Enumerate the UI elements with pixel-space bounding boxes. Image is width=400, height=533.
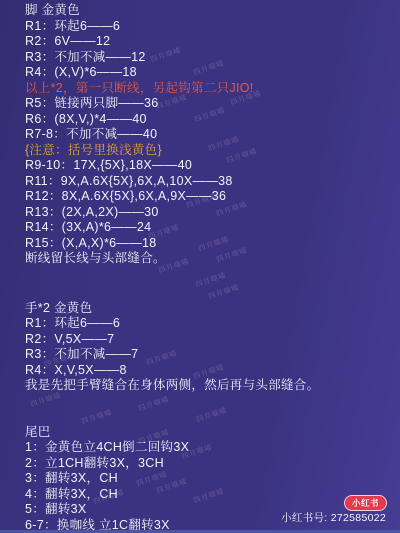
- xiaohongshu-badge: 小红书: [344, 495, 387, 511]
- pattern-line: R7-8：不加不减——40: [25, 127, 392, 143]
- pattern-line: R2：V,5X——7: [25, 332, 392, 348]
- pattern-line: 1：金黄色立4CH倒二回钩3X: [25, 440, 392, 456]
- pattern-line: 3：翻转3X，CH: [25, 471, 392, 487]
- pattern-line: 手*2 金黄色: [25, 301, 392, 317]
- pattern-line: R6：(8X,V,)*4——40: [25, 112, 392, 128]
- pattern-line: 4：翻转3X，CH: [25, 487, 392, 503]
- pattern-line: R1：环起6——6: [25, 316, 392, 332]
- pattern-line: R14：(3X,A)*6——24: [25, 220, 392, 236]
- pattern-line: R13：(2X,A,2X)——30: [25, 205, 392, 221]
- pattern-line: 我是先把手臂缝合在身体两侧，然后再与头部缝合。: [25, 378, 392, 394]
- pattern-line: R9-10：17X,{5X},18X——40: [25, 158, 392, 174]
- pattern-line: R5：链接两只脚——36: [25, 96, 392, 112]
- pattern-line: 尾巴: [25, 425, 392, 441]
- pattern-line: R3：不加不减——12: [25, 50, 392, 66]
- pattern-line: 断线留长线与头部缝合。: [25, 251, 392, 267]
- pattern-line: R15：(X,A,X)*6——18: [25, 236, 392, 252]
- pattern-line: R4：(X,V)*6——18: [25, 65, 392, 81]
- pattern-image: 四月喵喵四月喵喵四月喵喵四月喵喵四月喵喵四月喵喵四月喵喵四月喵喵四月喵喵四月喵喵…: [0, 0, 400, 533]
- pattern-line: R3：不加不减——7: [25, 347, 392, 363]
- pattern-line: 2：立1CH翻转3X，3CH: [25, 456, 392, 472]
- pattern-line: R4：X,V,5X——8: [25, 363, 392, 379]
- pattern-line: 脚 金黄色: [25, 3, 392, 19]
- pattern-line: R12：8X,A.6X{5X},6X,A,9X——36: [25, 189, 392, 205]
- pattern-text: 脚 金黄色R1：环起6——6R2：6V——12R3：不加不减——12R4：(X,…: [25, 3, 392, 533]
- pattern-line: R11：9X,A.6X{5X},6X,A,10X——38: [25, 174, 392, 190]
- pattern-line: R1：环起6——6: [25, 19, 392, 35]
- pattern-line: 以上*2，第一只断线，另起钩第二只JIO!: [25, 81, 392, 97]
- section-hands: 手*2 金黄色R1：环起6——6R2：V,5X——7R3：不加不减——7R4：X…: [25, 301, 392, 394]
- pattern-line: R2：6V——12: [25, 34, 392, 50]
- section-foot: 脚 金黄色R1：环起6——6R2：6V——12R3：不加不减——12R4：(X,…: [25, 3, 392, 267]
- xiaohongshu-id: 小红书号: 272585022: [281, 510, 386, 525]
- pattern-line: {注意：括号里换浅黄色}: [25, 143, 392, 159]
